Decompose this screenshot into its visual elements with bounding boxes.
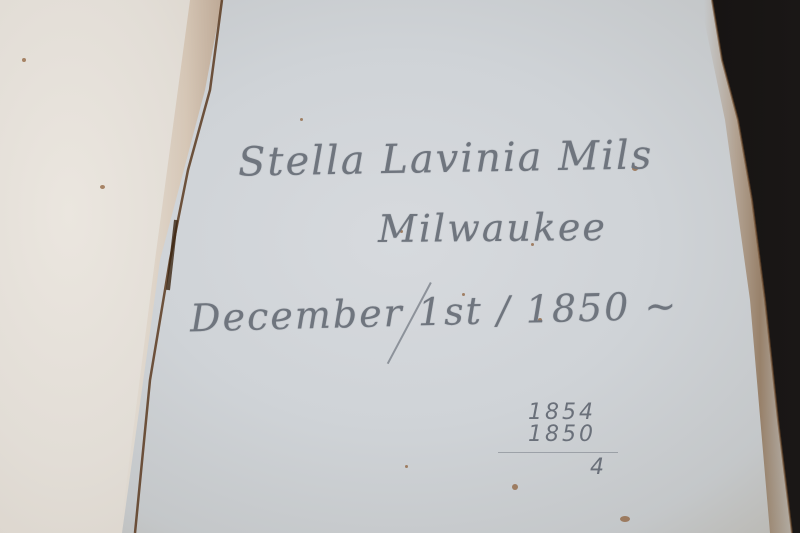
inscription-place: Milwaukee — [378, 205, 607, 251]
calc-result: 4 — [590, 457, 618, 479]
pencil-calculation: 1854 1850 4 — [528, 402, 618, 479]
foxing-spot — [620, 516, 630, 522]
foxing-spot — [22, 58, 26, 62]
calc-rule-line — [498, 452, 618, 453]
inscription-name: Stella Lavinia Mils — [238, 132, 654, 185]
calc-minuend: 1854 — [528, 402, 618, 424]
foxing-spot — [405, 465, 408, 468]
foxing-spot — [100, 185, 105, 189]
foxing-spot — [512, 484, 518, 490]
book-photo: Stella Lavinia Mils Milwaukee December 1… — [0, 0, 800, 533]
foxing-spot — [300, 118, 303, 121]
calc-subtrahend: 1850 — [528, 424, 618, 446]
